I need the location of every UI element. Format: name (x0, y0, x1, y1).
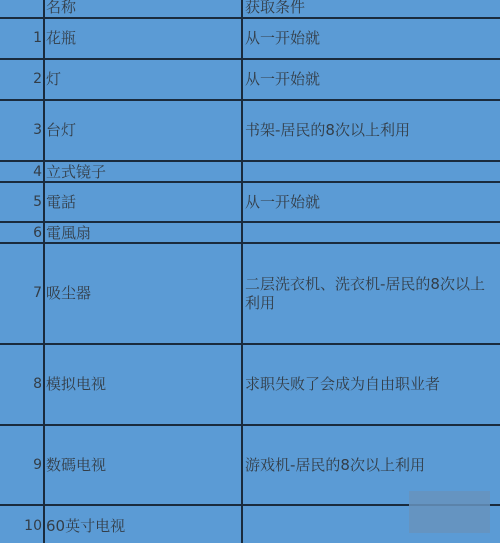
row-index[interactable]: 4 (0, 162, 42, 182)
spreadsheet-table: 名称 获取条件 1 花瓶 从一开始就 2 灯 从一开始就 3 台灯 书架-居民的… (0, 0, 500, 543)
item-name[interactable]: 灯 (46, 60, 240, 99)
row-index[interactable]: 3 (0, 101, 42, 160)
row-index[interactable]: 9 (0, 426, 42, 505)
column-divider (43, 0, 45, 543)
item-name[interactable]: 模拟电视 (46, 345, 240, 424)
item-name[interactable]: 電風扇 (46, 223, 240, 243)
header-condition[interactable]: 获取条件 (245, 0, 495, 18)
row-index[interactable]: 7 (0, 244, 42, 343)
row-index[interactable]: 10 (0, 506, 42, 543)
row-index[interactable]: 8 (0, 345, 42, 424)
item-name[interactable]: 立式镜子 (46, 162, 240, 182)
item-name[interactable]: 数碼电视 (46, 426, 240, 505)
item-condition[interactable]: 二层洗衣机、洗衣机-居民的8次以上利用 (245, 244, 490, 343)
row-index[interactable]: 2 (0, 60, 42, 99)
column-divider (241, 0, 243, 543)
item-condition[interactable]: 从一开始就 (245, 19, 495, 58)
item-condition[interactable] (245, 223, 495, 243)
item-name[interactable]: 台灯 (46, 101, 240, 160)
header-name[interactable]: 名称 (46, 0, 240, 18)
item-condition[interactable]: 从一开始就 (245, 183, 495, 221)
watermark-overlay (409, 491, 490, 533)
item-condition[interactable]: 求职失败了会成为自由职业者 (245, 345, 495, 424)
item-condition[interactable] (245, 162, 495, 182)
item-name[interactable]: 60英寸电视 (46, 506, 240, 543)
row-index[interactable]: 6 (0, 223, 42, 243)
item-name[interactable]: 花瓶 (46, 19, 240, 58)
item-condition[interactable]: 书架-居民的8次以上利用 (245, 101, 495, 160)
item-condition[interactable]: 从一开始就 (245, 60, 495, 99)
row-index[interactable]: 5 (0, 183, 42, 221)
item-name[interactable]: 吸尘器 (46, 244, 240, 343)
row-index[interactable]: 1 (0, 19, 42, 58)
item-name[interactable]: 電話 (46, 183, 240, 221)
